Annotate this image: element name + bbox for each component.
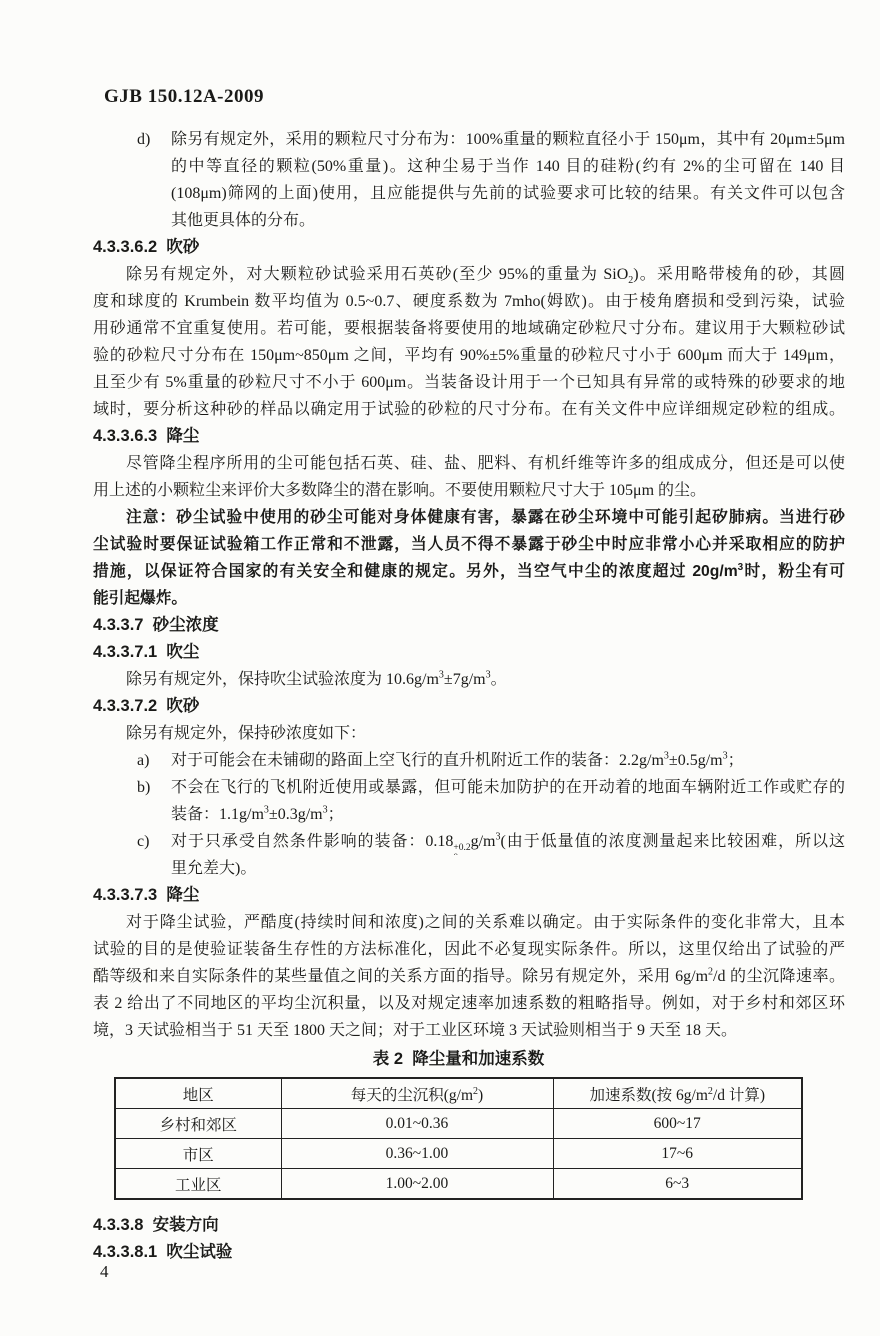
clause-item-c: c) 对于只承受自然条件影响的装备：0.18+0.20g/m3(由于低量值的浓度… <box>93 828 845 882</box>
table-row: 工业区 1.00~2.00 6~3 <box>115 1169 802 1200</box>
table-cell: 0.01~0.36 <box>281 1109 553 1139</box>
note-line: 能引起爆炸。 <box>93 585 845 612</box>
table-row: 乡村和郊区 0.01~0.36 600~17 <box>115 1109 802 1139</box>
clause-item-b: b) 不会在飞行的飞机附近使用或暴露，但可能未加防护的在开动着的地面车辆附近工作… <box>93 774 845 828</box>
body-line: 酷等级和来自实际条件的某些量值之间的关系方面的指导。除另有规定外，采用 6g/m… <box>93 963 845 990</box>
paragraph-blowing-sand-concentration-intro: 除另有规定外，保持砂浓度如下： <box>93 720 845 747</box>
body-line: 验的砂粒尺寸分布在 150μm~850μm 之间，平均有 90%±5%重量的砂粒… <box>93 342 845 369</box>
body-line: 除另有规定外，对大颗粒砂试验采用石英砂(至少 95%的重量为 SiO2)。采用略… <box>93 261 845 288</box>
table-row: 市区 0.36~1.00 17~6 <box>115 1139 802 1169</box>
paragraph-settling-dust-severity: 对于降尘试验，严酷度(持续时间和浓度)之间的关系难以确定。由于实际条件的变化非常… <box>93 909 845 1044</box>
table-cell: 600~17 <box>553 1109 802 1139</box>
table-cell: 乡村和郊区 <box>115 1109 281 1139</box>
body-line: 度和球度的 Krumbein 数平均值为 0.5~0.7、硬度系数为 7mho(… <box>93 288 845 315</box>
body-line: 境，3 天试验相当于 51 天至 1800 天之间；对于工业区环境 3 天试验则… <box>93 1017 845 1044</box>
body-line: 用上述的小颗粒尘来评价大多数降尘的潜在影响。不要使用颗粒尺寸大于 105μm 的… <box>93 477 845 504</box>
clause-heading-4-3-3-7-3: 4.3.3.7.3 降尘 <box>93 882 845 909</box>
note-line: 措施，以保证符合国家的有关安全和健康的规定。另外，当空气中尘的浓度超过 20g/… <box>93 558 845 585</box>
body-line: 装备：1.1g/m3±0.3g/m3； <box>171 801 845 828</box>
paragraph-settling-dust-material: 尽管降尘程序所用的尘可能包括石英、硅、盐、肥料、有机纤维等许多的组成成分，但还是… <box>93 450 845 504</box>
body-line: (108μm)筛网的上面)使用，且应能提供与先前的试验要求可比较的结果。有关文件… <box>171 180 845 207</box>
document-page: GJB 150.12A-2009 d) 除另有规定外，采用的颗粒尺寸分布为：10… <box>0 0 880 1336</box>
clause-heading-4-3-3-7-1: 4.3.3.7.1 吹尘 <box>93 639 845 666</box>
body-line: 里允差大)。 <box>171 855 845 882</box>
note-paragraph: 注意：砂尘试验中使用的砂尘可能对身体健康有害，暴露在砂尘环境中可能引起矽肺病。当… <box>93 504 845 612</box>
page-number: 4 <box>100 1258 109 1285</box>
table-cell: 市区 <box>115 1139 281 1169</box>
clause-heading-4-3-3-8-1: 4.3.3.8.1 吹尘试验 <box>93 1239 845 1266</box>
body-line: 尽管降尘程序所用的尘可能包括石英、硅、盐、肥料、有机纤维等许多的组成成分，但还是… <box>93 450 845 477</box>
table-2-dustfall: 地区 每天的尘沉积(g/m2) 加速系数(按 6g/m2/d 计算) 乡村和郊区… <box>114 1077 803 1200</box>
note-line: 注意：砂尘试验中使用的砂尘可能对身体健康有害，暴露在砂尘环境中可能引起矽肺病。当… <box>93 504 845 531</box>
clause-heading-4-3-3-6-3: 4.3.3.6.3 降尘 <box>93 423 845 450</box>
paragraph-blowing-dust-concentration: 除另有规定外，保持吹尘试验浓度为 10.6g/m3±7g/m3。 <box>93 666 845 693</box>
body-line: 除另有规定外，保持砂浓度如下： <box>93 720 845 747</box>
body-line: 试验的目的是使验证装备生存性的方法标准化，因此不必复现实际条件。所以，这里仅给出… <box>93 936 845 963</box>
body-line: 不会在飞行的飞机附近使用或暴露，但可能未加防护的在开动着的地面车辆附近工作或贮存… <box>171 774 845 801</box>
body-line: 其他更具体的分布。 <box>171 207 845 234</box>
column-header-region: 地区 <box>115 1078 281 1109</box>
body-line: 用砂通常不宜重复使用。若可能，要根据装备将要使用的地域确定砂粒尺寸分布。建议用于… <box>93 315 845 342</box>
list-marker-c: c) <box>137 828 149 855</box>
body-line: 的中等直径的颗粒(50%重量)。这种尘易于当作 140 目的硅粉(约有 2%的尘… <box>171 153 845 180</box>
list-marker-b: b) <box>137 774 150 801</box>
table-cell: 6~3 <box>553 1169 802 1200</box>
standard-number: GJB 150.12A-2009 <box>104 86 264 108</box>
clause-heading-4-3-3-7-2: 4.3.3.7.2 吹砂 <box>93 693 845 720</box>
paragraph-blowing-sand-material: 除另有规定外，对大颗粒砂试验采用石英砂(至少 95%的重量为 SiO2)。采用略… <box>93 261 845 423</box>
body-line: 表 2 给出了不同地区的平均尘沉积量，以及对规定速率加速系数的粗略指导。例如，对… <box>93 990 845 1017</box>
table-cell: 工业区 <box>115 1169 281 1200</box>
body-line: 对于可能会在未铺砌的路面上空飞行的直升机附近工作的装备：2.2g/m3±0.5g… <box>171 747 845 774</box>
table-header-row: 地区 每天的尘沉积(g/m2) 加速系数(按 6g/m2/d 计算) <box>115 1078 802 1109</box>
column-header-daily-dustfall: 每天的尘沉积(g/m2) <box>281 1078 553 1109</box>
note-line: 尘试验时要保证试验箱工作正常和不泄露，当人员不得不暴露于砂尘中时应非常小心并采取… <box>93 531 845 558</box>
table-title: 表 2 降尘量和加速系数 <box>114 1047 803 1071</box>
list-marker-d: d) <box>137 126 150 153</box>
table-cell: 0.36~1.00 <box>281 1139 553 1169</box>
body-line: 对于只承受自然条件影响的装备：0.18+0.20g/m3(由于低量值的浓度测量起… <box>171 828 845 855</box>
clause-item-a: a) 对于可能会在未铺砌的路面上空飞行的直升机附近工作的装备：2.2g/m3±0… <box>93 747 845 774</box>
clause-heading-4-3-3-7: 4.3.3.7 砂尘浓度 <box>93 612 845 639</box>
clause-heading-4-3-3-8: 4.3.3.8 安装方向 <box>93 1212 845 1239</box>
list-marker-a: a) <box>137 747 149 774</box>
body-line: 域时，要分析这种砂的样品以确定用于试验的砂粒的尺寸分布。在有关文件中应详细规定砂… <box>93 396 845 423</box>
clause-heading-4-3-3-6-2: 4.3.3.6.2 吹砂 <box>93 234 845 261</box>
clause-item-d: d) 除另有规定外，采用的颗粒尺寸分布为：100%重量的颗粒直径小于 150μm… <box>93 126 845 234</box>
page-content: d) 除另有规定外，采用的颗粒尺寸分布为：100%重量的颗粒直径小于 150μm… <box>93 126 845 1266</box>
body-line: 除另有规定外，采用的颗粒尺寸分布为：100%重量的颗粒直径小于 150μm，其中… <box>171 126 845 153</box>
table-cell: 17~6 <box>553 1139 802 1169</box>
column-header-acceleration-factor: 加速系数(按 6g/m2/d 计算) <box>553 1078 802 1109</box>
body-line: 对于降尘试验，严酷度(持续时间和浓度)之间的关系难以确定。由于实际条件的变化非常… <box>93 909 845 936</box>
table-cell: 1.00~2.00 <box>281 1169 553 1200</box>
body-line: 且至少有 5%重量的砂粒尺寸不小于 600μm。当装备设计用于一个已知具有异常的… <box>93 369 845 396</box>
body-line: 除另有规定外，保持吹尘试验浓度为 10.6g/m3±7g/m3。 <box>93 666 845 693</box>
